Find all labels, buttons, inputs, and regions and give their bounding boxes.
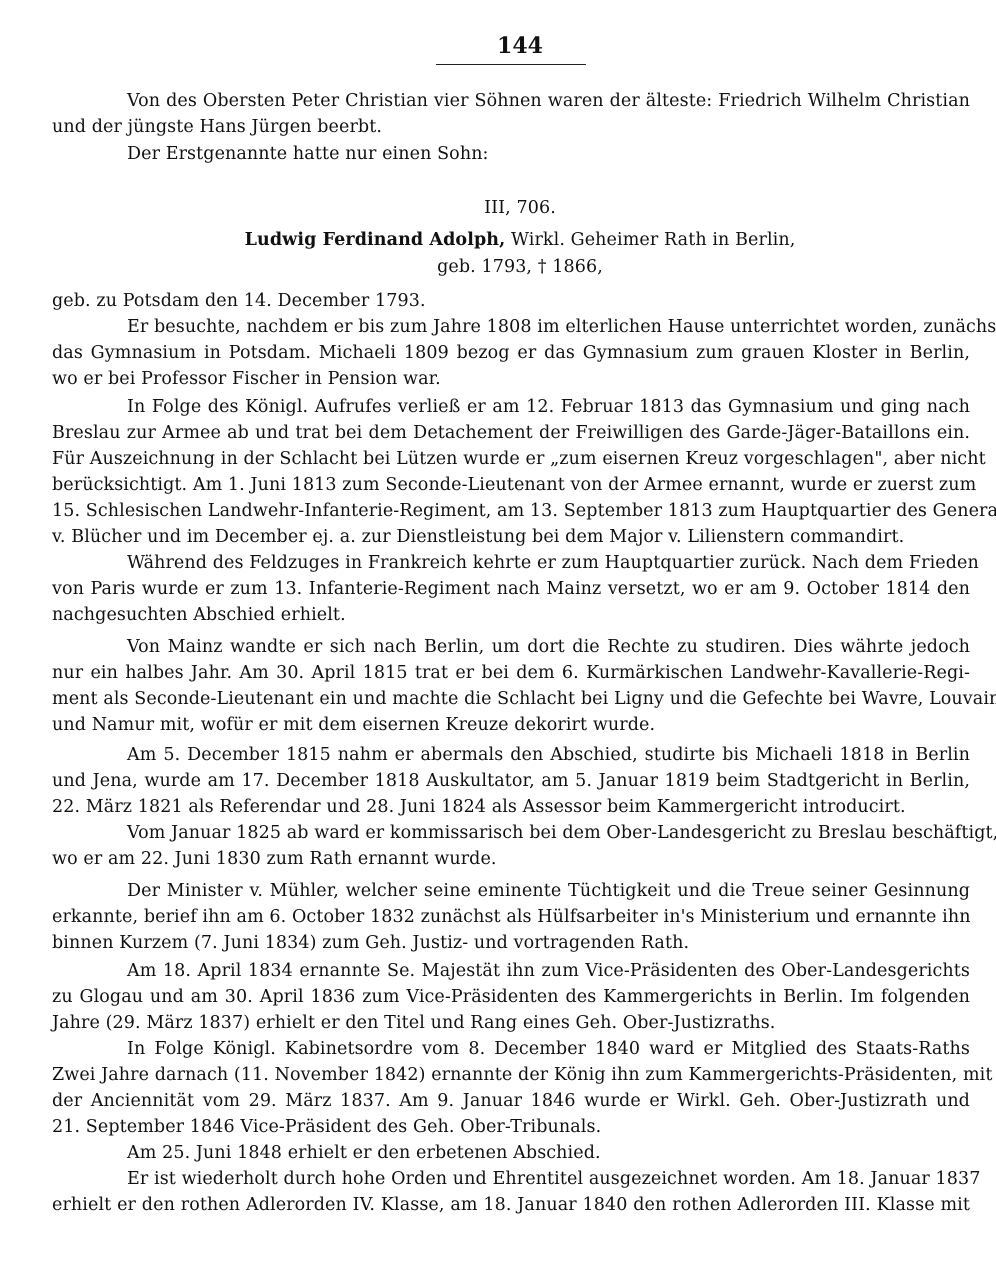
body-line: Er besuchte, nachdem er bis zum Jahre 18… — [127, 314, 970, 340]
body-line: und Jena, wurde am 17. December 1818 Aus… — [52, 768, 970, 794]
body-line: Der Minister v. Mühler, welcher seine em… — [127, 878, 970, 904]
body-line: nur ein halbes Jahr. Am 30. April 1815 t… — [52, 660, 970, 686]
body-line: erhielt er den rothen Adlerorden IV. Kla… — [52, 1192, 970, 1218]
body-line: Während des Feldzuges in Frankreich kehr… — [127, 550, 970, 576]
body-line: 22. März 1821 als Referendar und 28. Jun… — [52, 794, 970, 820]
entry-heading: Ludwig Ferdinand Adolph, Wirkl. Geheimer… — [0, 227, 996, 253]
body-line: In Folge des Königl. Aufrufes verließ er… — [127, 394, 970, 420]
page-number-rule — [436, 64, 586, 65]
body-line: zu Glogau und am 30. April 1836 zum Vice… — [52, 984, 970, 1010]
entry-title: Wirkl. Geheimer Rath in Berlin, — [505, 230, 795, 250]
body-line: nachgesuchten Abschied erhielt. — [52, 602, 970, 628]
body-line: wo er am 22. Juni 1830 zum Rath ernannt … — [52, 846, 970, 872]
body-line: 21. September 1846 Vice-Präsident des Ge… — [52, 1114, 970, 1140]
body-line: und Namur mit, wofür er mit dem eisernen… — [52, 712, 970, 738]
intro-line-3: Der Erstgenannte hatte nur einen Sohn: — [127, 141, 970, 167]
entry-number: III, 706. — [0, 195, 996, 221]
body-line: Er ist wiederholt durch hohe Orden und E… — [127, 1166, 970, 1192]
intro-line-1: Von des Obersten Peter Christian vier Sö… — [127, 88, 970, 114]
entry-name: Ludwig Ferdinand Adolph, — [245, 230, 506, 250]
body-line: Jahre (29. März 1837) erhielt er den Tit… — [52, 1010, 970, 1036]
body-line: Am 18. April 1834 ernannte Se. Majestät … — [127, 958, 970, 984]
body-line: Am 25. Juni 1848 erhielt er den erbetene… — [127, 1140, 970, 1166]
body-line: Vom Januar 1825 ab ward er kommissarisch… — [127, 820, 970, 846]
body-line: erkannte, berief ihn am 6. October 1832 … — [52, 904, 970, 930]
body-line: berücksichtigt. Am 1. Juni 1813 zum Seco… — [52, 472, 970, 498]
body-line: Von Mainz wandte er sich nach Berlin, um… — [127, 634, 970, 660]
body-line: das Gymnasium in Potsdam. Michaeli 1809 … — [52, 340, 970, 366]
body-line: von Paris wurde er zum 13. Infanterie-Re… — [52, 576, 970, 602]
body-line: binnen Kurzem (7. Juni 1834) zum Geh. Ju… — [52, 930, 970, 956]
page-number: 144 — [0, 33, 996, 59]
body-line: Am 5. December 1815 nahm er abermals den… — [127, 742, 970, 768]
body-line: ment als Seconde-Lieutenant ein und mach… — [52, 686, 970, 712]
body-line: der Anciennität vom 29. März 1837. Am 9.… — [52, 1088, 970, 1114]
body-line: Für Auszeichnung in der Schlacht bei Lüt… — [52, 446, 970, 472]
body-line: geb. zu Potsdam den 14. December 1793. — [52, 288, 970, 314]
intro-line-2: und der jüngste Hans Jürgen beerbt. — [52, 114, 970, 140]
body-line: 15. Schlesischen Landwehr-Infanterie-Reg… — [52, 498, 970, 524]
entry-dates: geb. 1793, † 1866, — [0, 254, 996, 280]
body-line: v. Blücher und im December ej. a. zur Di… — [52, 524, 970, 550]
body-line: Breslau zur Armee ab und trat bei dem De… — [52, 420, 970, 446]
body-line: Zwei Jahre darnach (11. November 1842) e… — [52, 1062, 970, 1088]
body-line: wo er bei Professor Fischer in Pension w… — [52, 366, 970, 392]
body-line: In Folge Königl. Kabinetsordre vom 8. De… — [127, 1036, 970, 1062]
